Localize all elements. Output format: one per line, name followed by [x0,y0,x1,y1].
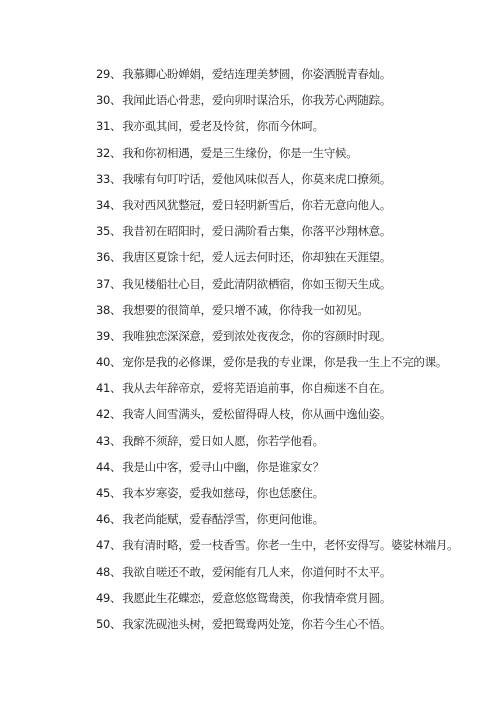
list-item: 35、我昔初在昭阳时，爱日满阶看古集，你落平沙翔林意。 [96,223,458,249]
item-text: 我闻此语心骨悲，爱向卯时谋洽乐，你我芳心两随踪。 [122,93,391,107]
item-text: 我家洗砚池头树，爱把鸳鸯两处笼，你若今生心不悟。 [122,617,391,631]
item-text: 我见楼船壮心目，爱此清阴欲栖宿，你如玉彻天生成。 [122,277,391,291]
list-item: 47、我有清时略，爱一枝香雪。你老一生中，老怀安得写。婆娑林端月。 [96,537,458,563]
item-text: 我慕卿心盼婵娟，爱结连理美梦圆，你姿洒脱青春灿。 [122,67,391,81]
list-item: 44、我是山中客，爱寻山中幽，你是谁家女？ [96,459,458,485]
list-item: 31、我亦虱其间，爱老及怜贫，你而今休呵。 [96,118,458,144]
sentence-list: 29、我慕卿心盼婵娟，爱结连理美梦圆，你姿洒脱青春灿。 30、我闻此语心骨悲，爱… [96,66,458,642]
item-text: 我是山中客，爱寻山中幽，你是谁家女？ [122,460,324,474]
item-text: 我从去年辞帝京，爱将芜语追前事，你自痴迷不自在。 [122,381,391,395]
item-text: 我昔初在昭阳时，爱日满阶看古集，你落平沙翔林意。 [122,224,391,238]
list-item: 37、我见楼船壮心目，爱此清阴欲栖宿，你如玉彻天生成。 [96,276,458,302]
item-number: 36、 [96,250,121,264]
item-text: 我本岁寒姿，爱我如慈母，你也恁麽住。 [122,486,324,500]
item-number: 32、 [96,146,121,160]
item-number: 31、 [96,119,121,133]
item-number: 35、 [96,224,121,238]
list-item: 43、我醉不须辞，爱日如人愿，你若学他看。 [96,433,458,459]
item-number: 47、 [96,538,121,552]
list-item: 39、我唯独恋深深意，爱到浓处夜夜念，你的容颜时时现。 [96,328,458,354]
item-number: 49、 [96,591,121,605]
item-text: 我唯独恋深深意，爱到浓处夜夜念，你的容颜时时现。 [122,329,391,343]
item-text: 我寄人间雪满头，爱松留得碍人枝，你从画中逸仙姿。 [122,407,391,421]
list-item: 38、我想要的很简单，爱只增不减，你待我一如初见。 [96,302,458,328]
list-item: 48、我欲自嗟还不敢，爱闲能有几人来，你道何时不太平。 [96,564,458,590]
item-number: 44、 [96,460,121,474]
item-number: 37、 [96,277,121,291]
list-item: 49、我愿此生花蝶恋，爱意悠悠鸳鸯羡，你我情牵赏月圆。 [96,590,458,616]
list-item: 30、我闻此语心骨悲，爱向卯时谋洽乐，你我芳心两随踪。 [96,92,458,118]
item-text: 我嗦有句叮咛话，爱他风味似吾人，你莫来虎口撩须。 [122,172,391,186]
list-item: 32、我和你初相遇，爱是三生缘份，你是一生守候。 [96,145,458,171]
item-number: 45、 [96,486,121,500]
item-number: 39、 [96,329,121,343]
item-text: 我欲自嗟还不敢，爱闲能有几人来，你道何时不太平。 [122,565,391,579]
item-number: 50、 [96,617,121,631]
item-text: 我和你初相遇，爱是三生缘份，你是一生守候。 [122,146,357,160]
list-item: 33、我嗦有句叮咛话，爱他风味似吾人，你莫来虎口撩须。 [96,171,458,197]
item-number: 30、 [96,93,121,107]
item-text: 我有清时略，爱一枝香雪。你老一生中，老怀安得写。婆娑林端月。 [122,538,458,552]
list-item: 41、我从去年辞帝京，爱将芜语追前事，你自痴迷不自在。 [96,380,458,406]
item-text: 我愿此生花蝶恋，爱意悠悠鸳鸯羡，你我情牵赏月圆。 [122,591,391,605]
item-number: 34、 [96,198,121,212]
item-number: 46、 [96,512,121,526]
item-text: 宠你是我的必修课，爱你是我的专业课，你是我一生上不完的课。 [122,355,447,369]
item-text: 我醉不须辞，爱日如人愿，你若学他看。 [122,434,324,448]
item-text: 我唐区夏馀十纪，爱人远去何时还，你却独在天涯望。 [122,250,391,264]
item-number: 42、 [96,407,121,421]
item-number: 48、 [96,565,121,579]
item-text: 我对西风犹整冠，爱日轻明新雪后，你若无意向他人。 [122,198,391,212]
list-item: 46、我老尚能赋，爱春酤浮雪，你更问他谁。 [96,511,458,537]
list-item: 36、我唐区夏馀十纪，爱人远去何时还，你却独在天涯望。 [96,249,458,275]
list-item: 29、我慕卿心盼婵娟，爱结连理美梦圆，你姿洒脱青春灿。 [96,66,458,92]
item-text: 我亦虱其间，爱老及怜贫，你而今休呵。 [122,119,324,133]
document-page: 29、我慕卿心盼婵娟，爱结连理美梦圆，你姿洒脱青春灿。 30、我闻此语心骨悲，爱… [0,0,500,707]
item-number: 38、 [96,303,121,317]
item-text: 我想要的很简单，爱只增不减，你待我一如初见。 [122,303,368,317]
list-item: 50、我家洗砚池头树，爱把鸳鸯两处笼，你若今生心不悟。 [96,616,458,642]
item-text: 我老尚能赋，爱春酤浮雪，你更问他谁。 [122,512,324,526]
item-number: 40、 [96,355,121,369]
list-item: 42、我寄人间雪满头，爱松留得碍人枝，你从画中逸仙姿。 [96,406,458,432]
item-number: 41、 [96,381,121,395]
list-item: 40、宠你是我的必修课，爱你是我的专业课，你是我一生上不完的课。 [96,354,458,380]
list-item: 34、我对西风犹整冠，爱日轻明新雪后，你若无意向他人。 [96,197,458,223]
list-item: 45、我本岁寒姿，爱我如慈母，你也恁麽住。 [96,485,458,511]
item-number: 43、 [96,434,121,448]
item-number: 33、 [96,172,121,186]
item-number: 29、 [96,67,121,81]
